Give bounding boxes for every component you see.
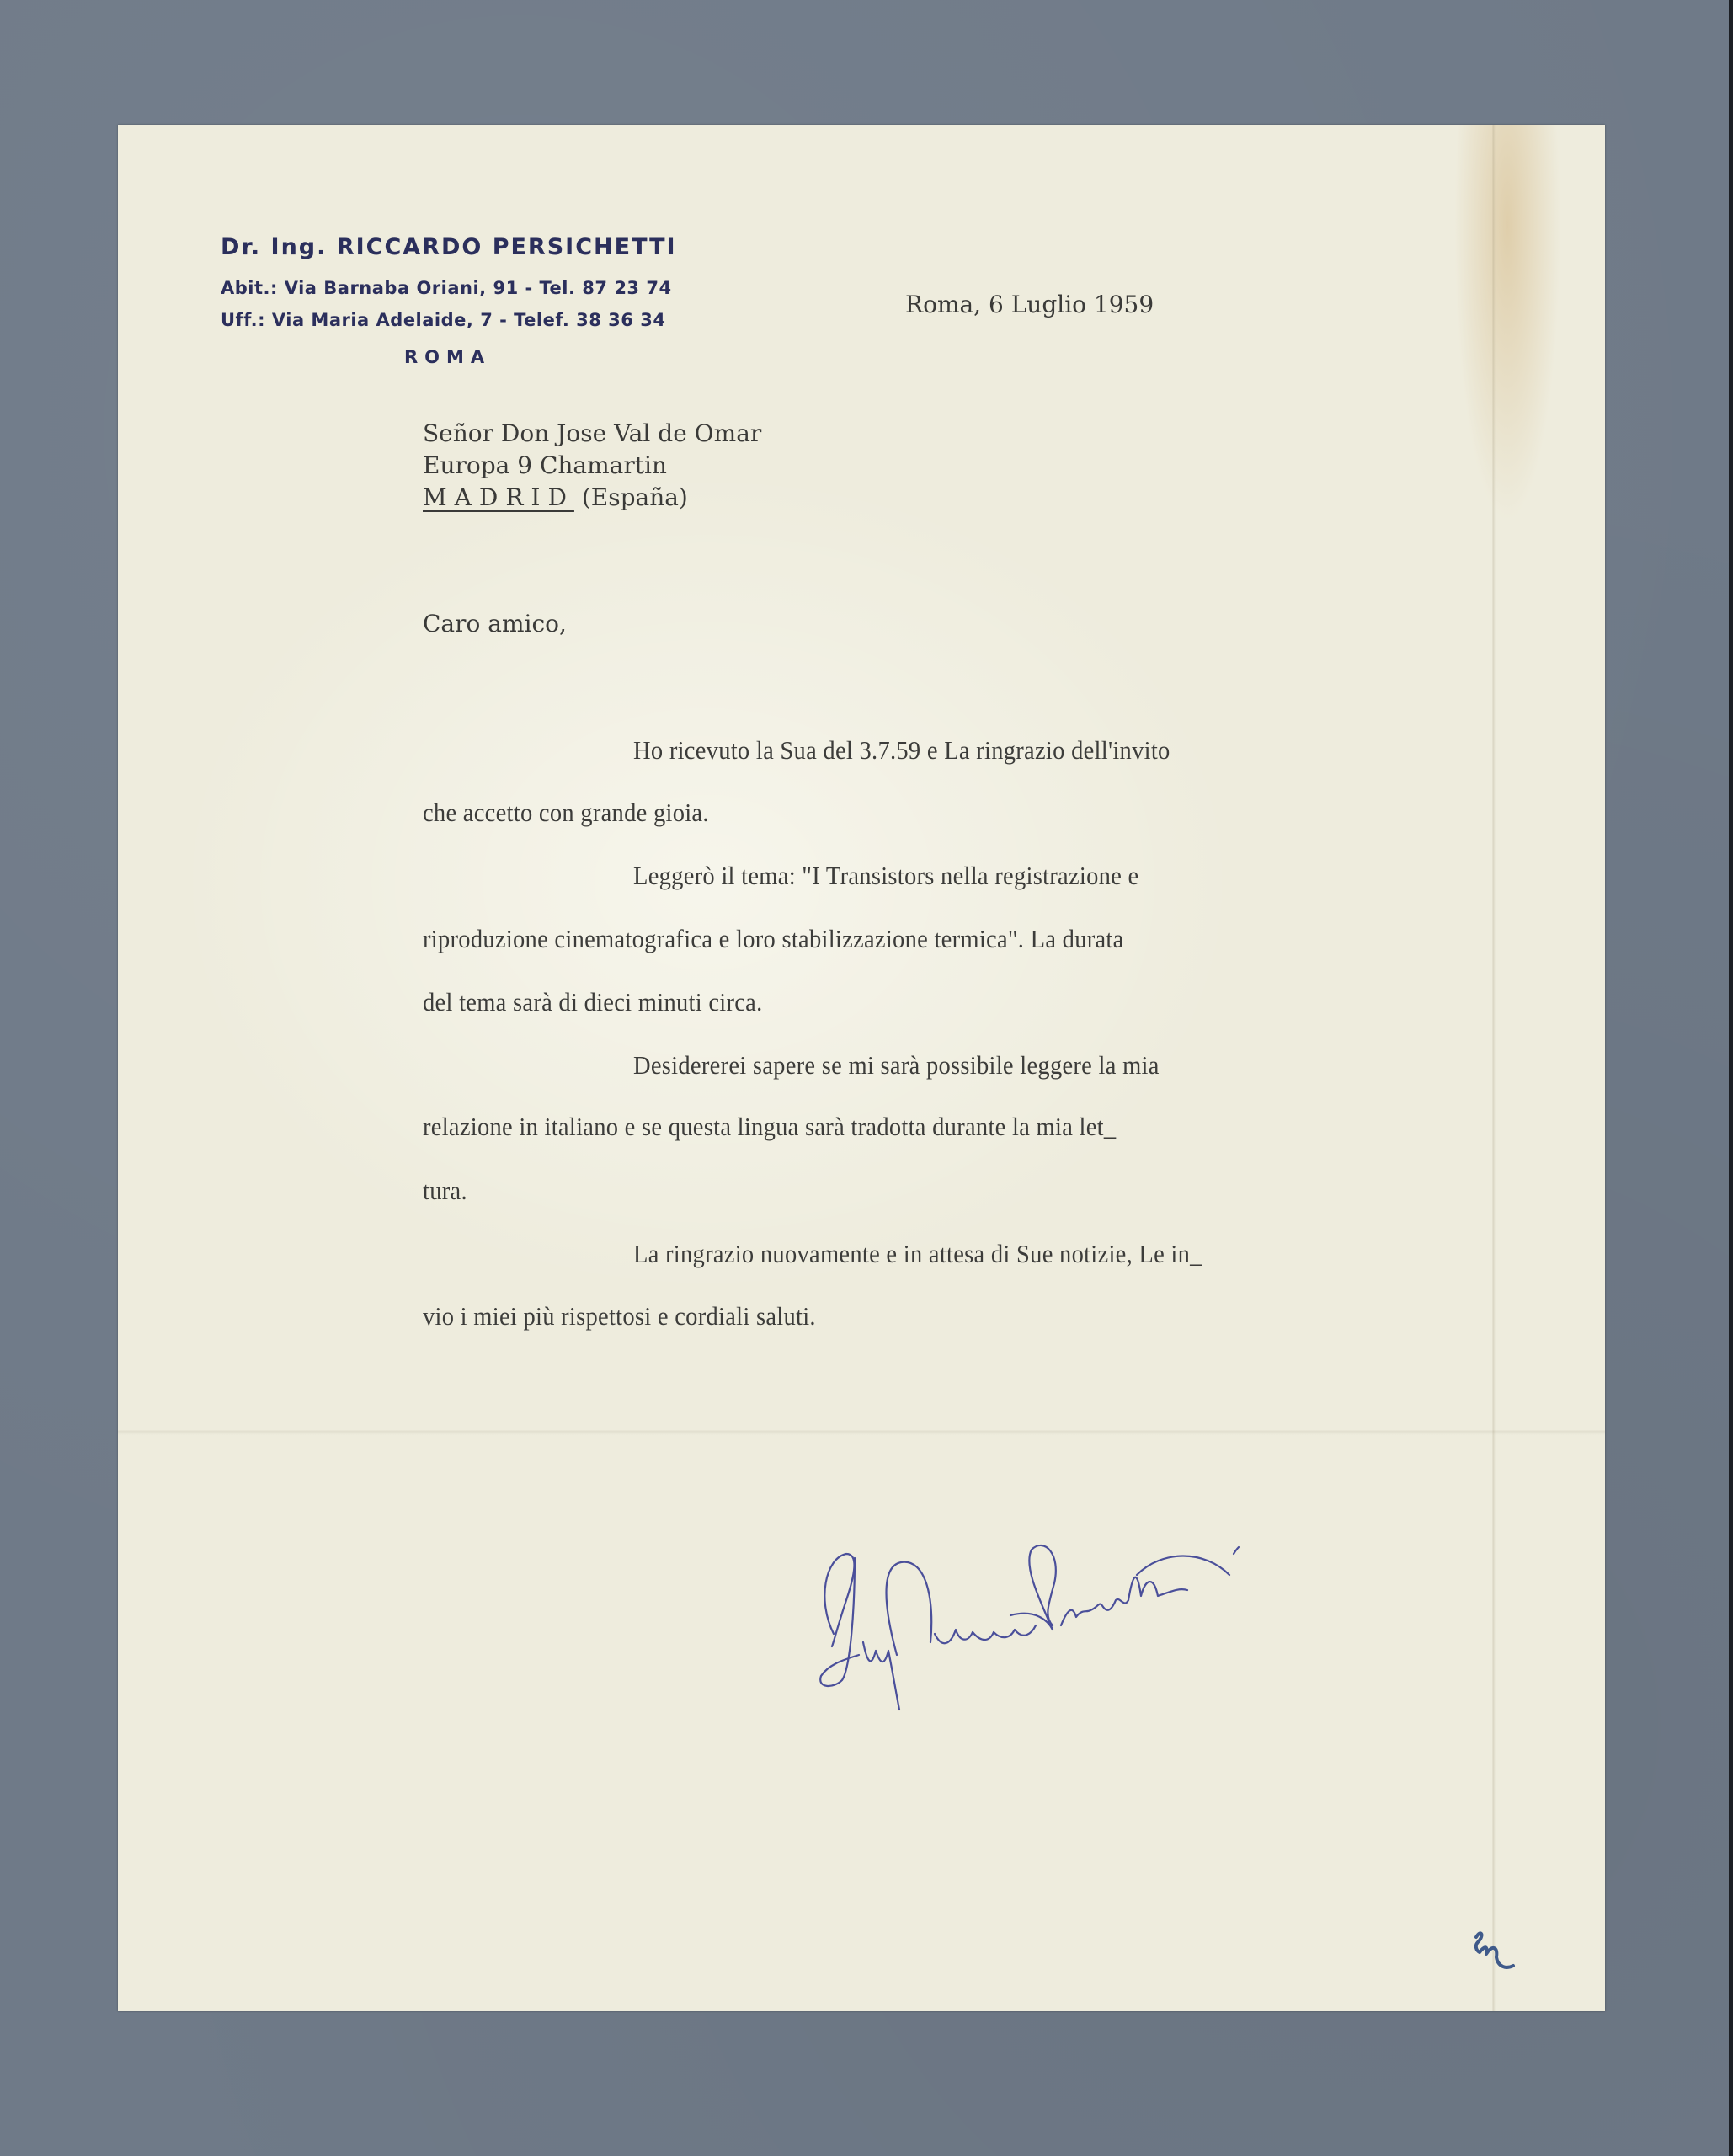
letter-date: Roma, 6 Luglio 1959	[905, 291, 1154, 318]
recipient-country: (España)	[582, 483, 688, 511]
body-line: La ringrazio nuovamente e in attesa di S…	[633, 1239, 1202, 1269]
body-line: che accetto con grande gioia.	[423, 798, 709, 828]
letterhead-home-address: Abit.: Via Barnaba Oriani, 91 - Tel. 87 …	[221, 278, 672, 298]
recipient-city-line: MADRID (España)	[423, 483, 688, 511]
salutation: Caro amico,	[423, 610, 567, 638]
body-line: riproduzione cinematografica e loro stab…	[423, 924, 1124, 954]
pencil-annotation	[1469, 1927, 1533, 1977]
letterhead-name: Dr. Ing. RICCARDO PERSICHETTI	[221, 234, 677, 260]
letterhead-office-address: Uff.: Via Maria Adelaide, 7 - Telef. 38 …	[221, 310, 665, 330]
letterhead-city: ROMA	[404, 347, 491, 367]
body-line: Desidererei sapere se mi sarà possibile …	[633, 1050, 1160, 1081]
recipient-name: Señor Don Jose Val de Omar	[423, 419, 761, 447]
body-line: tura.	[423, 1176, 467, 1206]
body-line: Leggerò il tema: "I Transistors nella re…	[633, 861, 1138, 891]
recipient-street: Europa 9 Chamartin	[423, 451, 667, 479]
body-line: vio i miei più rispettosi e cordiali sal…	[423, 1301, 816, 1331]
handwritten-signature	[808, 1516, 1398, 1718]
body-line: Ho ricevuto la Sua del 3.7.59 e La ringr…	[633, 735, 1170, 766]
recipient-city: MADRID	[423, 483, 574, 511]
scan-edge-strip	[1729, 0, 1733, 2156]
body-line: del tema sarà di dieci minuti circa.	[423, 987, 763, 1017]
body-line: relazione in italiano e se questa lingua…	[423, 1112, 1116, 1142]
